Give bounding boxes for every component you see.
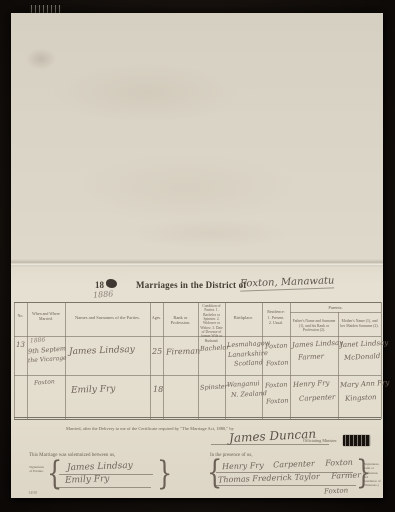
witness2-name: Thomas Frederick Taylor: [218, 472, 320, 485]
entry-when-where-line2: 9th Septem: [28, 344, 67, 355]
col-header-names: Names and Surnames of the Parties.: [67, 315, 148, 320]
col-header-mother: Mother's Name (1), and her Maiden Surnam…: [340, 319, 379, 328]
col-header-parents-group: Parents.: [290, 305, 381, 310]
minister-stamp: [343, 435, 370, 446]
bride-residence-1: Foxton: [265, 380, 288, 389]
party-signature-2: Emily Fry: [65, 474, 110, 486]
col-header-no: No.: [14, 313, 27, 318]
scan-background: 18 1886 Marriages in the District of Fox…: [0, 0, 395, 512]
table-grid-line: [338, 312, 339, 419]
witness-signature-1: Henry Fry Carpenter Foxton: [222, 458, 353, 472]
residence-line1: 1. Present.: [268, 315, 285, 320]
bride-mother: Mary Ann Fry: [340, 379, 390, 390]
groom-father: James Lindsay: [292, 339, 344, 350]
witness1-name: Henry Fry: [222, 461, 264, 471]
party-note: Signatures of Parties.: [28, 465, 45, 474]
groom-mother-maiden: McDonald: [344, 352, 381, 362]
groom-name: James Lindsay: [69, 345, 135, 357]
printed-year-prefix: 18: [95, 280, 104, 290]
bride-father-rank: Carpenter: [299, 393, 336, 403]
entry-when-where-line3: the Vicarage: [28, 355, 67, 365]
groom-birthplace-3: Scotland: [234, 358, 263, 368]
bride-father: Henry Fry: [293, 379, 330, 389]
table-grid-line: [14, 419, 381, 420]
table-grid-line: [14, 302, 15, 419]
paper-stain: [71, 153, 301, 223]
witness-extra-residence: Foxton: [324, 486, 349, 495]
groom-rank: Fireman: [166, 346, 200, 356]
signature-line: [214, 485, 356, 486]
groom-residence-2: Foxton: [266, 358, 289, 367]
officiating-minister-label: Officiating Minister.: [303, 438, 337, 443]
groom-birthplace-1: Lesmahagow: [227, 339, 271, 349]
handwritten-year: 1886: [93, 289, 114, 299]
bride-name: Emily Fry: [71, 384, 116, 396]
paper-stain: [26, 48, 56, 70]
signature-line: [211, 444, 329, 445]
witness1-rank: Carpenter: [273, 459, 315, 469]
groom-residence-1: Foxton: [265, 341, 288, 350]
bride-age: 18: [153, 385, 163, 394]
col-header-birthplace: Birthplace.: [226, 315, 261, 320]
bride-mother-maiden: Kingston: [345, 393, 377, 403]
paper-stain: [131, 218, 291, 248]
table-grid-line: [381, 302, 382, 419]
witness-note: (Signatures, Rank or Profession, and Res…: [363, 462, 381, 488]
groom-age: 25: [152, 347, 162, 356]
entry-number: 13: [16, 341, 25, 349]
col-header-residence: Residence: 1. Present. 2. Usual.: [263, 309, 289, 326]
entry-when-where-line4: Foxton: [34, 378, 55, 386]
bride-condition: Spinster: [200, 382, 228, 391]
table-grid-line: [290, 302, 291, 419]
form-title: Marriages in the District of: [136, 280, 247, 290]
form-number: 1490: [28, 490, 37, 495]
party-signature-1: James Lindsay: [67, 461, 133, 473]
register-page: 18 1886 Marriages in the District of Fox…: [11, 13, 383, 498]
table-grid-line: [290, 312, 381, 313]
right-brace-parties: }: [157, 454, 172, 492]
signature-line: [57, 487, 151, 488]
residence-title: Residence:: [267, 309, 285, 314]
col-header-father: Father's Name and Surname (1), and his R…: [292, 319, 336, 333]
col-header-when-where: When and Where Married.: [28, 311, 64, 321]
handwritten-district: Foxton, Manawatu: [240, 275, 335, 291]
entry-when-where-line1: 1886: [30, 336, 46, 344]
page-fold-crease: [11, 259, 383, 267]
solemnized-label: This Marriage was solemnized between us,: [29, 453, 115, 458]
ink-blot: [106, 279, 117, 288]
col-header-condition: Condition of Parties. 1. Bachelor or Spi…: [199, 304, 224, 343]
paper-stain: [51, 63, 241, 123]
bride-residence-2: Foxton: [266, 396, 289, 405]
bride-birthplace-1: Wanganui: [227, 379, 260, 389]
groom-father-rank: Farmer: [298, 352, 324, 361]
col-header-rank: Rank or Profession.: [164, 315, 197, 325]
witness1-residence: Foxton: [325, 458, 353, 468]
residence-line2: 2. Usual.: [269, 320, 283, 325]
col-header-ages: Ages.: [150, 315, 163, 320]
groom-condition: Bachelor: [200, 343, 230, 353]
